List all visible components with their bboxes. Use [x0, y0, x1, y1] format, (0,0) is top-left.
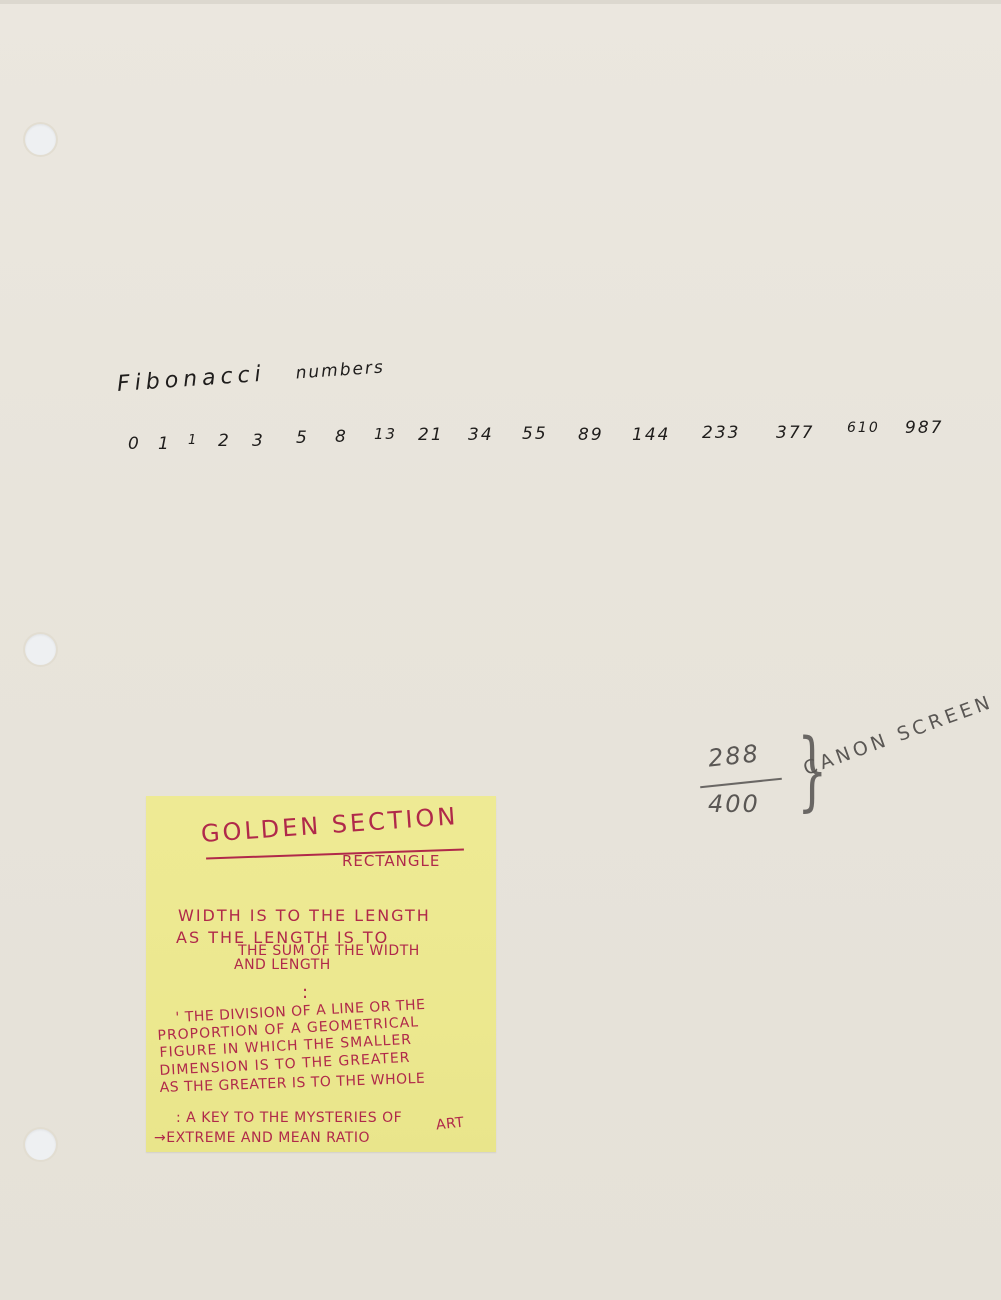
fibonacci-title-word1: Fibonacci — [116, 362, 266, 397]
fib-number: 8 — [335, 427, 348, 447]
sticky-line: : A KEY TO THE MYSTERIES OF — [176, 1110, 402, 1126]
fib-number: 0 — [128, 434, 141, 454]
sticky-subtitle: RECTANGLE — [342, 852, 440, 870]
fib-number: 5 — [296, 428, 309, 448]
fib-number: 2 — [218, 431, 231, 451]
fib-number: 610 — [847, 420, 880, 436]
punch-hole-middle — [25, 634, 56, 665]
fib-number: 377 — [776, 423, 814, 443]
sticky-line: WIDTH IS TO THE LENGTH — [178, 906, 431, 925]
fib-number: 21 — [418, 425, 444, 445]
pencil-fraction: 288 400 — [700, 742, 790, 832]
fibonacci-title: Fibonaccinumbers — [116, 353, 385, 397]
fraction-numerator: 288 — [707, 739, 761, 772]
sticky-title: GOLDEN SECTION — [200, 802, 459, 848]
sticky-note: GOLDEN SECTION RECTANGLE WIDTH IS TO THE… — [146, 796, 496, 1152]
fibonacci-sequence: 0 1 1 2 3 5 8 13 21 34 55 89 144 233 377… — [118, 420, 948, 460]
fib-number: 34 — [468, 425, 494, 445]
fib-number: 144 — [632, 425, 670, 445]
sticky-colon: : — [302, 982, 309, 1003]
canon-screen-label: CANON SCREEN — [800, 691, 996, 780]
fib-number: 233 — [702, 423, 740, 443]
fib-number: 987 — [905, 418, 943, 438]
notebook-page: Fibonaccinumbers 0 1 1 2 3 5 8 13 21 34 … — [0, 0, 1001, 1300]
paper-top-edge — [0, 0, 1001, 4]
fib-number: 55 — [522, 424, 548, 444]
punch-hole-bottom — [25, 1129, 56, 1160]
fib-number: 3 — [252, 431, 265, 451]
fibonacci-title-word2: numbers — [295, 357, 385, 383]
sticky-line: AND LENGTH — [234, 957, 331, 973]
fib-number: 1 — [188, 433, 198, 448]
punch-hole-top — [25, 124, 56, 155]
fraction-bar — [700, 778, 782, 789]
fib-number: 13 — [374, 425, 397, 443]
fib-number: 89 — [578, 425, 604, 445]
sticky-line: →EXTREME AND MEAN RATIO — [154, 1130, 370, 1146]
sticky-line: ART — [435, 1115, 465, 1134]
fraction-denominator: 400 — [708, 790, 760, 818]
fib-number: 1 — [158, 434, 171, 454]
